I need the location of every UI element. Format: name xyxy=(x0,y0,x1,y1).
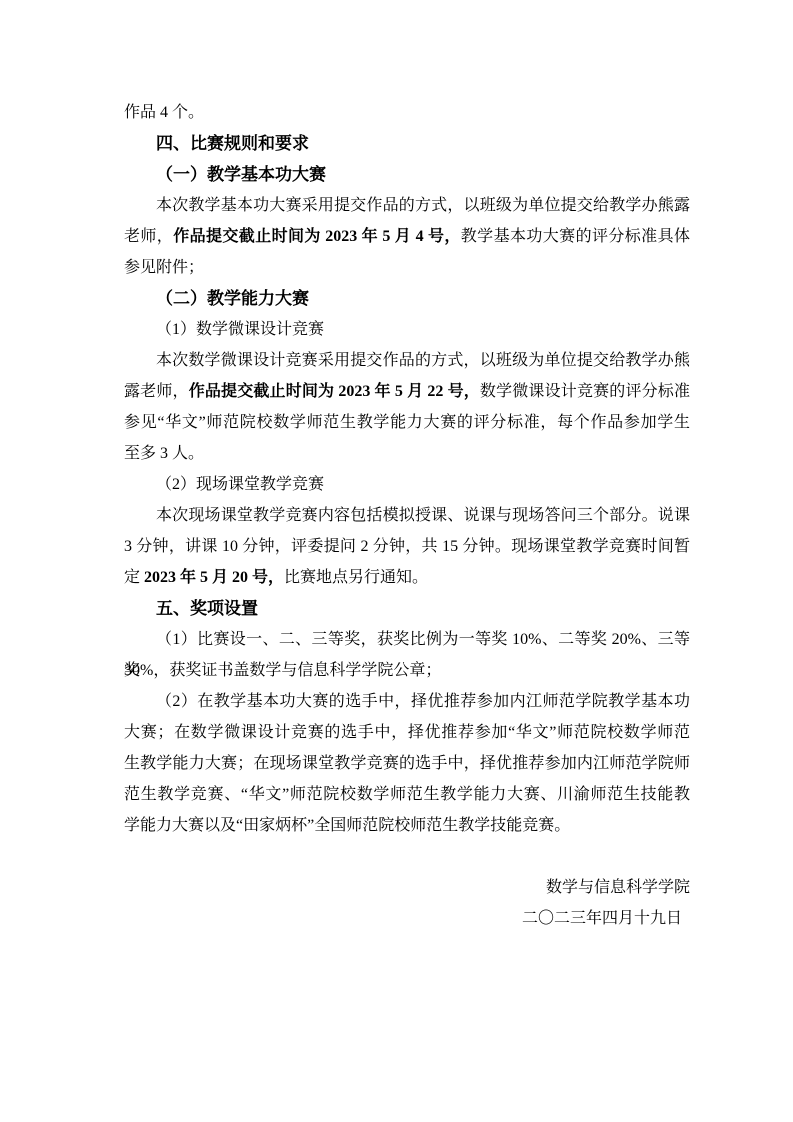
date-text: 2023 年 5 月 20 号， xyxy=(144,569,284,586)
body-line: （2）在教学基本功大赛的选手中，择优推荐参加内江师范学院教学基本功 xyxy=(124,686,690,717)
signature-org: 数学与信息科学学院 xyxy=(124,872,690,903)
body-text: 数学微课设计竞赛的评分标准 xyxy=(480,383,690,400)
body-text: 比赛地点另行通知。 xyxy=(284,569,428,586)
body-line: 3 分钟，讲课 10 分钟，评委提问 2 分钟，共 15 分钟。现场课堂教学竞赛… xyxy=(124,531,690,562)
body-line: 作品 4 个。 xyxy=(124,97,690,128)
body-line: 露老师，作品提交截止时间为 2023 年 5 月 22 号，数学微课设计竞赛的评… xyxy=(124,376,690,407)
body-line: （1）比赛设一、二、三等奖，获奖比例为一等奖 10%、二等奖 20%、三等奖 xyxy=(124,624,690,655)
subsection-heading-teaching-ability: （二）教学能力大赛 xyxy=(124,283,690,314)
item-heading-micro-lesson: （1）数学微课设计竞赛 xyxy=(124,314,690,345)
blank-line xyxy=(124,841,690,872)
body-text: 露老师， xyxy=(124,383,189,400)
body-line: 学能力大赛以及“田家炳杯”全国师范院校师范生教学技能竞赛。 xyxy=(124,810,690,841)
body-line: 定 2023 年 5 月 20 号，比赛地点另行通知。 xyxy=(124,562,690,593)
section-heading-awards: 五、奖项设置 xyxy=(124,593,690,624)
document-page: 作品 4 个。 四、比赛规则和要求 （一）教学基本功大赛 本次教学基本功大赛采用… xyxy=(0,0,793,1122)
deadline-text: 作品提交截止时间为 2023 年 5 月 22 号， xyxy=(189,383,480,400)
body-line: 本次现场课堂教学竞赛内容包括模拟授课、说课与现场答问三个部分。说课 xyxy=(124,500,690,531)
deadline-text: 作品提交截止时间为 2023 年 5 月 4 号， xyxy=(173,228,461,245)
signature-date: 二〇二三年四月十九日 xyxy=(124,903,690,934)
body-line: 参见附件； xyxy=(124,252,690,283)
body-line: 大赛；在数学微课设计竞赛的选手中，择优推荐参加“华文”师范院校数学师范 xyxy=(124,717,690,748)
body-line: 生教学能力大赛；在现场课堂教学竞赛的选手中，择优推荐参加内江师范学院师 xyxy=(124,748,690,779)
body-text: 老师， xyxy=(124,228,173,245)
body-line: 本次数学微课设计竞赛采用提交作品的方式，以班级为单位提交给教学办熊 xyxy=(124,345,690,376)
body-line: 参见“华文”师范院校数学师范生教学能力大赛的评分标准，每个作品参加学生 xyxy=(124,407,690,438)
subsection-heading-basic-skills: （一）教学基本功大赛 xyxy=(124,159,690,190)
section-heading-rules: 四、比赛规则和要求 xyxy=(124,128,690,159)
body-line: 至多 3 人。 xyxy=(124,438,690,469)
body-line: 本次教学基本功大赛采用提交作品的方式，以班级为单位提交给教学办熊露 xyxy=(124,190,690,221)
body-text: 教学基本功大赛的评分标准具体 xyxy=(461,228,690,245)
body-line: 30%，获奖证书盖数学与信息科学学院公章； xyxy=(124,655,690,686)
item-heading-live-classroom: （2）现场课堂教学竞赛 xyxy=(124,469,690,500)
body-line: 老师，作品提交截止时间为 2023 年 5 月 4 号，教学基本功大赛的评分标准… xyxy=(124,221,690,252)
body-line: 范生教学竞赛、“华文”师范院校数学师范生教学能力大赛、川渝师范生技能教 xyxy=(124,779,690,810)
body-text: 定 xyxy=(124,569,144,586)
